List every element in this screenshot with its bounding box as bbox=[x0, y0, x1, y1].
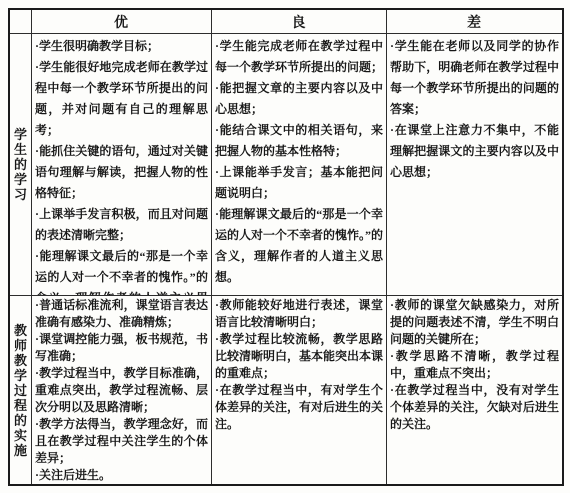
rubric-item: ·学生能在老师以及同学的协作帮助下，明确老师在教学过程中每一个教学环节所提出的问… bbox=[390, 36, 559, 120]
rubric-item: ·上课能举手发言；基本能把问题说明白； bbox=[215, 162, 383, 204]
rubric-item: ·教学思路不清晰，教学过程中，重难点不突出； bbox=[390, 348, 559, 382]
rubric-item: ·能理解课文最后的“那是一个幸运的人对一个不幸者的愧怍。”的含义，理解作者的人道… bbox=[215, 204, 383, 288]
column-header-poor: 差 bbox=[386, 10, 562, 33]
row-label-char: 学 bbox=[14, 127, 27, 142]
evaluation-rubric-table: 优 良 差 学生的学习 ·学生很明确教学目标；·学生能很好地完成老师在教学过程中… bbox=[8, 8, 564, 486]
row-label-char: 的 bbox=[14, 157, 27, 172]
cell-teacher-excellent: ·普通话标准流利，课堂语言表达准确有感染力、准确精炼；·课堂调控能力强，板书规范… bbox=[31, 295, 211, 484]
rubric-item: ·课堂调控能力强，板书规范，书写准确； bbox=[35, 331, 208, 365]
cell-student-good: ·学生能完成老师在教学过程中每一个教学环节所提出的问题；·能把握文章的主要内容以… bbox=[211, 33, 386, 295]
row-label-char: 施 bbox=[14, 443, 27, 458]
cell-teacher-poor: ·教师的课堂欠缺感染力，对所提的问题表述不清，学生不明白问题的关键所在；·教学思… bbox=[386, 295, 562, 484]
column-header-good: 良 bbox=[211, 10, 386, 33]
row-label-char: 过 bbox=[14, 383, 27, 398]
rubric-item: ·能抓住关键的语句，通过对关键语句理解与解读，把握人物的性格特征； bbox=[35, 141, 208, 204]
row-label-char: 生 bbox=[14, 142, 27, 157]
row-label-teaching-process: 教师教学过程的实施 bbox=[10, 295, 31, 484]
row-label-char: 学 bbox=[14, 368, 27, 383]
rubric-item: ·学生能完成老师在教学过程中每一个教学环节所提出的问题； bbox=[215, 36, 383, 78]
row-label-student-learning: 学生的学习 bbox=[10, 33, 31, 295]
corner-cell bbox=[10, 10, 31, 33]
row-label-char: 程 bbox=[14, 398, 27, 413]
rubric-item: ·在教学过程当中，有对学生个体差异的关注，有对后进生的关注。 bbox=[215, 382, 383, 433]
row-label-char: 教 bbox=[14, 353, 27, 368]
rubric-item: ·能理解课文最后的“那是一个幸运的人对一个不幸者的愧怍。”的含义，理解作者的人道… bbox=[35, 246, 208, 295]
rubric-item: ·在教学过程当中，没有对学生个体差异的关注，欠缺对后进生的关注。 bbox=[390, 382, 559, 433]
scanned-document-page: 优 良 差 学生的学习 ·学生很明确教学目标；·学生能很好地完成老师在教学过程中… bbox=[0, 0, 570, 493]
rubric-item: ·能结合课文中的相关语句，来把握人物的基本性格特； bbox=[215, 120, 383, 162]
column-header-excellent: 优 bbox=[31, 10, 211, 33]
row-label-char: 的 bbox=[14, 413, 27, 428]
row-label-char: 学 bbox=[14, 172, 27, 187]
row-label-char: 实 bbox=[14, 428, 27, 443]
row-label-char: 习 bbox=[14, 187, 27, 202]
row-label-char: 教 bbox=[14, 323, 27, 338]
rubric-item: ·教学过程比较流畅，教学思路比较清晰明白，基本能突出本课的重难点； bbox=[215, 331, 383, 382]
rubric-item: ·能把握文章的主要内容以及中心思想； bbox=[215, 78, 383, 120]
rubric-item: ·教师的课堂欠缺感染力，对所提的问题表述不清，学生不明白问题的关键所在； bbox=[390, 297, 559, 348]
rubric-item: ·教学方法得当，教学理念好，而且在教学过程中关注学生的个体差异； bbox=[35, 416, 208, 467]
cell-teacher-good: ·教师能较好地进行表述，课堂语言比较清晰明白；·教学过程比较流畅，教学思路比较清… bbox=[211, 295, 386, 484]
cell-student-poor: ·学生能在老师以及同学的协作帮助下，明确老师在教学过程中每一个教学环节所提出的问… bbox=[386, 33, 562, 295]
rubric-item: ·学生能很好地完成老师在教学过程中每一个教学环节所提出的问题，并对问题有自己的理… bbox=[35, 57, 208, 141]
rubric-item: ·在课堂上注意力不集中，不能理解把握课文的主要内容以及中心思想； bbox=[390, 120, 559, 183]
rubric-item: ·教学过程当中，教学目标准确，重难点突出，教学过程流畅、层次分明以及思路清晰； bbox=[35, 365, 208, 416]
rubric-item: ·教师能较好地进行表述，课堂语言比较清晰明白； bbox=[215, 297, 383, 331]
rubric-item: ·上课举手发言积极，而且对问题的表述清晰完整； bbox=[35, 204, 208, 246]
cell-student-excellent: ·学生很明确教学目标；·学生能很好地完成老师在教学过程中每一个教学环节所提出的问… bbox=[31, 33, 211, 295]
rubric-item: ·学生很明确教学目标； bbox=[35, 36, 208, 57]
rubric-item: ·关注后进生。 bbox=[35, 467, 208, 484]
rubric-item: ·普通话标准流利，课堂语言表达准确有感染力、准确精炼； bbox=[35, 297, 208, 331]
row-label-char: 师 bbox=[14, 338, 27, 353]
